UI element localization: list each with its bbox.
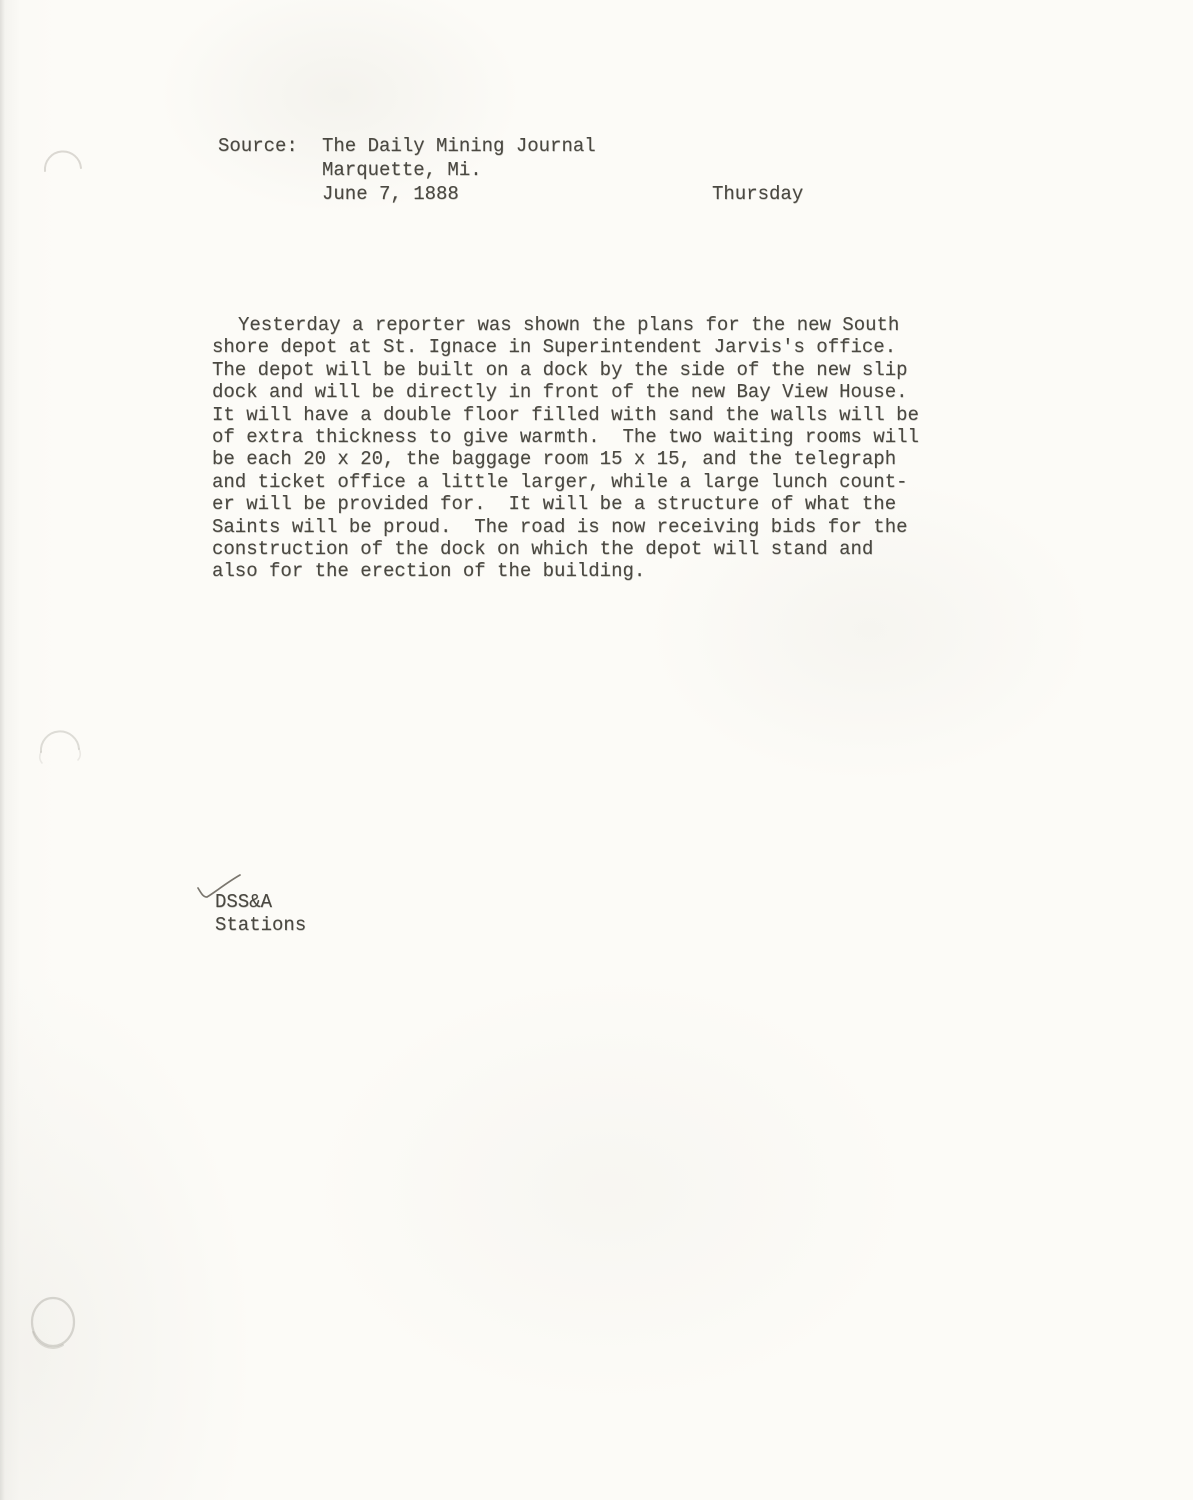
publication-date: June 7, 1888 [322,182,596,206]
publication-name: The Daily Mining Journal [322,134,596,158]
annotation-railroad-abbreviation: DSS&A [215,891,306,914]
article-body: Yesterday a reporter was shown the plans… [212,314,919,583]
filing-annotation: DSS&A Stations [215,891,306,937]
publication-location: Marquette, Mi. [322,158,596,182]
publication-weekday: Thursday [712,182,803,206]
hole-punch-top-icon [45,151,81,171]
text-line: The depot will be built on a dock by the… [212,359,919,381]
scan-artifacts [0,0,1193,1500]
text-line: dock and will be directly in front of th… [212,381,919,403]
hole-punch-middle-edge [40,749,81,763]
hole-punch-bottom-shadow [33,1332,63,1348]
source-label: Source: [218,134,298,158]
annotation-category: Stations [215,914,306,937]
text-line: of extra thickness to give warmth. The t… [212,426,919,448]
text-line: Saints will be proud. The road is now re… [212,516,919,538]
text-line: shore depot at St. Ignace in Superintend… [212,336,919,358]
text-line: Yesterday a reporter was shown the plans… [212,314,919,336]
text-line: also for the erection of the building. [212,560,919,582]
text-line: and ticket office a little larger, while… [212,471,919,493]
text-line: er will be provided for. It will be a st… [212,493,919,515]
source-citation-block: The Daily Mining Journal Marquette, Mi. … [322,134,596,206]
hole-punch-bottom-icon [32,1298,74,1346]
text-line: construction of the dock on which the de… [212,538,919,560]
text-line: It will have a double floor filled with … [212,404,919,426]
text-line: be each 20 x 20, the baggage room 15 x 1… [212,448,919,470]
hole-punch-middle-icon [41,731,79,752]
scanned-document-page: Source: The Daily Mining Journal Marquet… [0,0,1193,1500]
